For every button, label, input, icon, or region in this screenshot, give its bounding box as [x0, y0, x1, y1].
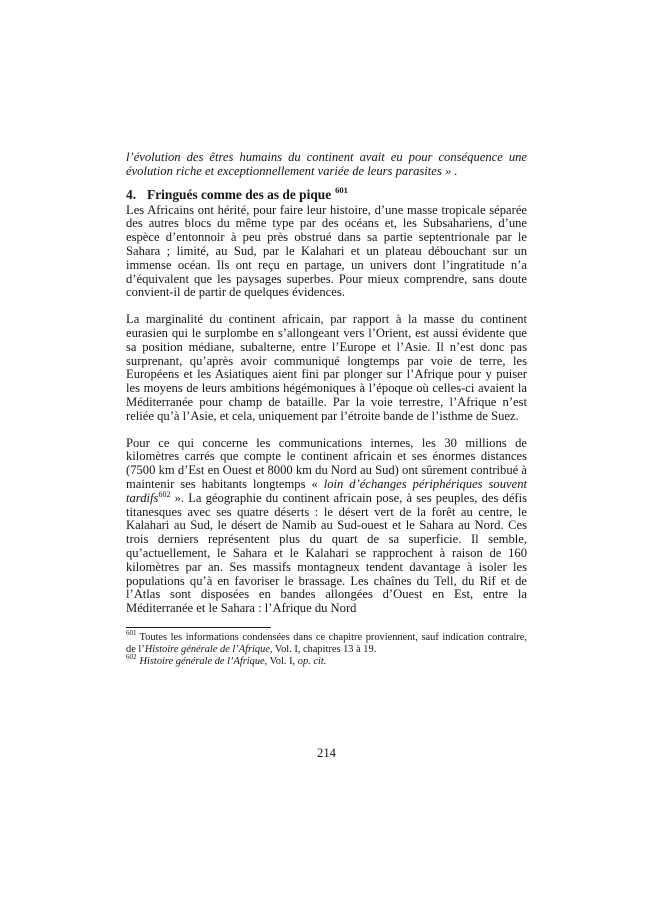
- paragraph-3: Pour ce qui concerne les communications …: [126, 437, 527, 616]
- footnote-601-book-title: Histoire générale de l’Afrique: [145, 644, 270, 655]
- section-title: Fringués comme des as de pique: [147, 187, 331, 202]
- quote-continuation-paragraph: l’évolution des êtres humains du contine…: [126, 151, 527, 179]
- footnote-602: 602Histoire générale de l’Afrique, Vol. …: [126, 656, 527, 668]
- scanned-book-page: l’évolution des êtres humains du contine…: [0, 0, 650, 920]
- paragraph-1: Les Africains ont hérité, pour faire leu…: [126, 204, 527, 301]
- footnote-ref-602: 602: [158, 490, 170, 499]
- page-number: 214: [126, 746, 527, 761]
- footnote-separator-rule: [126, 627, 271, 628]
- section-number: 4.: [126, 187, 136, 202]
- footnotes-section: 601Toutes les informations condensées da…: [126, 627, 527, 667]
- footnote-601: 601Toutes les informations condensées da…: [126, 632, 527, 656]
- heading-footnote-ref: 601: [335, 185, 348, 195]
- footnote-602-book-title: Histoire générale de l’Afrique: [140, 656, 265, 667]
- paragraph-3-text-after: ». La géographie du continent africain p…: [126, 491, 527, 615]
- footnote-601-text-after: , Vol. I, chapitres 13 à 19.: [270, 644, 376, 655]
- text-block: l’évolution des êtres humains du contine…: [126, 151, 527, 667]
- paragraph-2: La marginalité du continent africain, pa…: [126, 313, 527, 423]
- footnote-602-number: 602: [126, 653, 137, 661]
- footnote-601-number: 601: [126, 629, 137, 637]
- footnote-602-text-mid: , Vol. I,: [265, 656, 298, 667]
- footnote-602-op-cit: op. cit.: [298, 656, 327, 667]
- section-heading: 4.Fringués comme des as de pique601: [126, 186, 527, 203]
